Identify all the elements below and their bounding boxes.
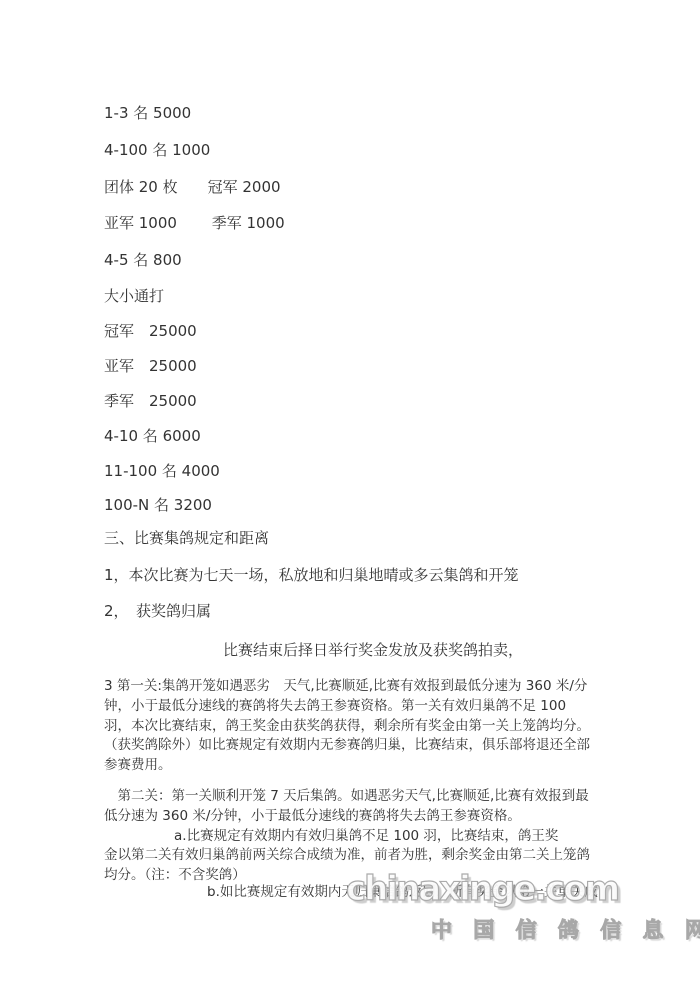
prize-line: 亚军 1000 季军 1000 — [104, 215, 285, 232]
prize-line: 大小通打 — [104, 288, 164, 305]
rule-line: 1，本次比赛为七天一场，私放地和归巢地晴或多云集鸽和开笼 — [104, 567, 519, 584]
watermark-site-name: 中 国 信 鸽 信 息 网 — [431, 914, 700, 944]
auction-note-line: 比赛结束后择日举行奖金发放及获奖鸽拍卖， — [223, 642, 523, 659]
rule-line: 2， 获奖鸽归属 — [104, 603, 211, 620]
prize-line: 4-5 名 800 — [104, 252, 182, 269]
prize-line: 亚军 25000 — [104, 358, 197, 375]
watermark-domain: chinaxinge.com — [346, 869, 618, 909]
para1-line: 3 第一关:集鸽开笼如遇恶劣 天气,比赛顺延,比赛有效报到最低分速为 360 米… — [104, 678, 587, 694]
para2-line: 第二关：第一关顺利开笼 7 天后集鸽。如遇恶劣天气,比赛顺延,比赛有效报到最 — [104, 788, 589, 804]
prize-line: 冠军 25000 — [104, 323, 197, 340]
para1-line: 羽，本次比赛结束，鸽王奖金由获奖鸽获得，剩余所有奖金由第一关上笼鸽均分。 — [104, 718, 590, 734]
prize-line: 团体 20 枚 冠军 2000 — [104, 179, 281, 196]
para1-line: 参赛费用。 — [104, 757, 172, 773]
document-page: 1-3 名 5000 4-100 名 1000 团体 20 枚 冠军 2000 … — [0, 0, 700, 990]
prize-line: 4-100 名 1000 — [104, 142, 210, 159]
prize-line: 11-100 名 4000 — [104, 463, 220, 480]
prize-line: 100-N 名 3200 — [104, 497, 212, 514]
para2-line: 金以第二关有效归巢鸽前两关综合成绩为准，前者为胜，剩余奖金由第二关上笼鸽 — [104, 847, 590, 863]
para1-line: 钟，小于最低分速线的赛鸽将失去鸽王参赛资格。第一关有效归巢鸽不足 100 — [104, 698, 566, 714]
para2-line: a.比赛规定有效期内有效归巢鸽不足 100 羽，比赛结束，鸽王奖 — [174, 828, 558, 844]
prize-line: 4-10 名 6000 — [104, 428, 201, 445]
para1-line: （获奖鸽除外）如比赛规定有效期内无参赛鸽归巢，比赛结束，俱乐部将退还全部 — [104, 737, 590, 753]
section-heading: 三、比赛集鸽规定和距离 — [104, 530, 269, 547]
prize-line: 1-3 名 5000 — [104, 105, 191, 122]
para2-line: 均分。（注：不含奖鸽） — [104, 867, 246, 883]
prize-line: 季军 25000 — [104, 393, 197, 410]
para2-line: 低分速为 360 米/分钟，小于最低分速线的赛鸽将失去鸽王参赛资格。 — [104, 808, 521, 824]
